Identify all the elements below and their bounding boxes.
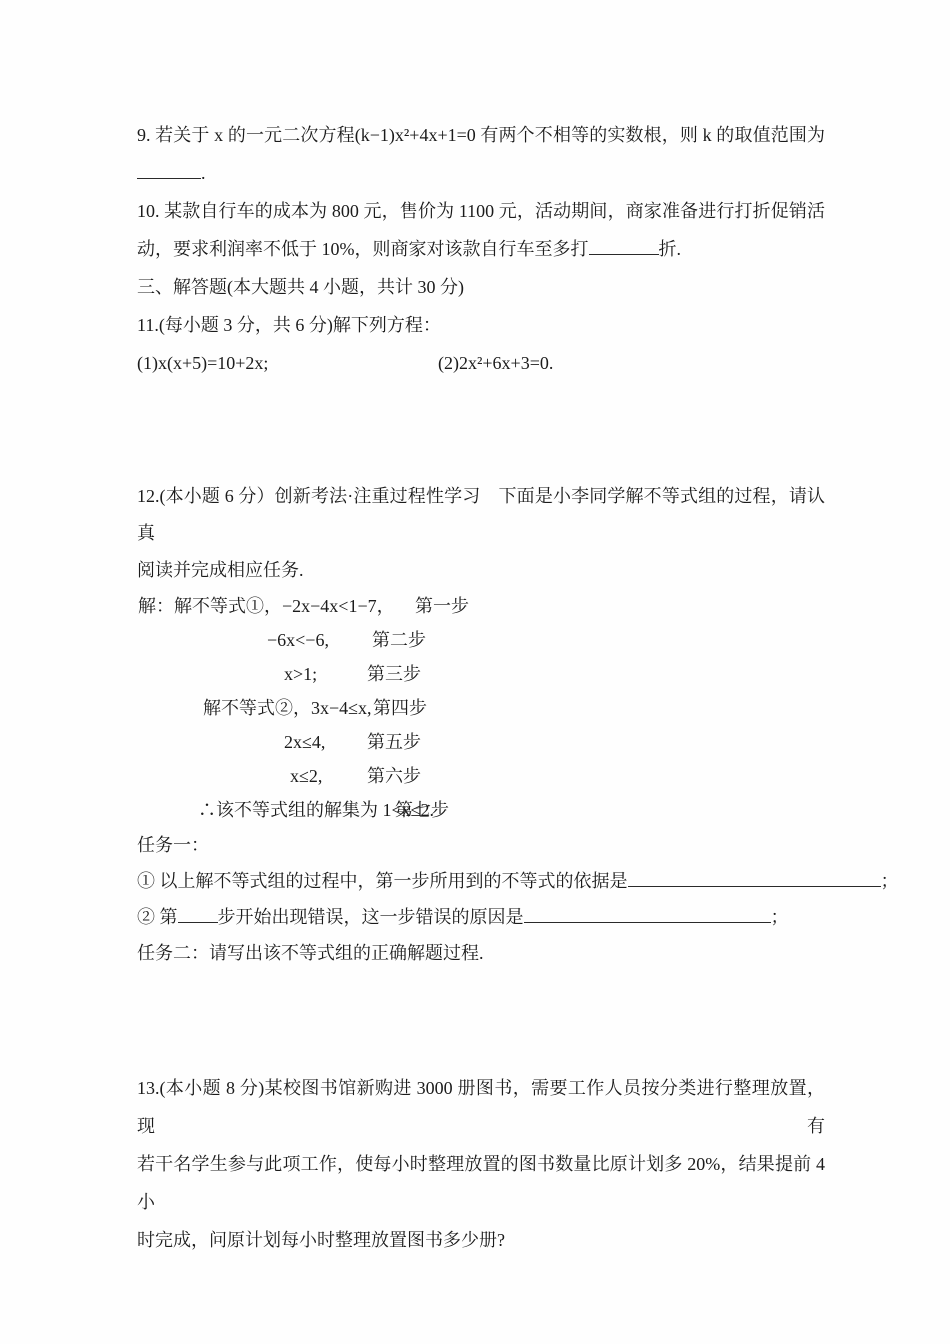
task-2-line: 任务二：请写出该不等式组的正确解题过程. [137,935,825,971]
solution-step-6: x≤2,第六步 [137,759,825,793]
question-10-line-2-text: 动，要求利润率不低于 10%，则商家对该款自行车至多打 [137,239,589,259]
answer-blank-step-number [178,905,218,923]
step-1-formula: 解：解不等式①，−2x−4x<1−7， [138,596,395,616]
step-1-label: 第一步 [415,589,469,623]
task-1-item-2-mid: 步开始出现错误，这一步错误的原因是 [218,907,524,927]
answer-blank-q10 [589,237,659,255]
question-12-line-2: 阅读并完成相应任务. [137,552,825,589]
question-13-line-3: 时完成，问原计划每小时整理放置图书多少册? [137,1221,825,1259]
question-9-line-1: 9. 若关于 x 的一元二次方程(k−1)x²+4x+1=0 有两个不相等的实数… [137,116,825,154]
answer-blank-basis [628,869,881,887]
step-2-label: 第二步 [372,623,426,657]
task-1-item-1-text: ① 以上解不等式组的过程中，第一步所用到的不等式的依据是 [137,871,628,891]
question-10-line-2-suffix: 折. [659,239,682,259]
solution-step-1: 解：解不等式①，−2x−4x<1−7，第一步 [137,589,825,623]
step-4-formula: 解不等式②，3x−4≤x, [203,698,372,718]
step-3-label: 第三步 [367,657,421,691]
task-1-item-1: ① 以上解不等式组的过程中，第一步所用到的不等式的依据是； [137,863,825,899]
step-5-formula: 2x≤4, [284,732,325,752]
question-9-answer-line: . [137,154,825,192]
question-11-stem: 11.(每小题 3 分，共 6 分)解下列方程： [137,306,825,344]
task-1-item-2-pre: ② 第 [137,907,178,927]
question-12-line-1: 12.(本小题 6 分）创新考法·注重过程性学习 下面是小李同学解不等式组的过程… [137,478,825,552]
solution-step-3: x>1;第三步 [137,657,825,691]
solution-step-5: 2x≤4,第五步 [137,725,825,759]
question-13-block: 13.(本小题 8 分)某校图书馆新购进 3000 册图书，需要工作人员按分类进… [137,1069,825,1259]
section-3-header: 三、解答题(本大题共 4 小题，共计 30 分) [137,268,825,306]
answer-blank-q9 [137,161,201,179]
task-1-item-2-suffix: ； [771,907,789,927]
question-10-line-1: 10. 某款自行车的成本为 800 元，售价为 1100 元，活动期间，商家准备… [137,192,825,230]
task-1-item-1-suffix: ； [881,871,899,891]
step-5-label: 第五步 [367,725,421,759]
tasks-block: 任务一： ① 以上解不等式组的过程中，第一步所用到的不等式的依据是； ② 第步开… [137,827,825,971]
step-2-formula: −6x<−6, [267,630,329,650]
question-10-line-2: 动，要求利润率不低于 10%，则商家对该款自行车至多打折. [137,230,825,268]
question-9-period: . [201,163,206,183]
exam-paper-page: 9. 若关于 x 的一元二次方程(k−1)x²+4x+1=0 有两个不相等的实数… [0,0,950,1344]
fill-in-questions-block: 9. 若关于 x 的一元二次方程(k−1)x²+4x+1=0 有两个不相等的实数… [137,116,825,382]
question-11-equation-1: (1)x(x+5)=10+2x; [137,353,268,373]
answer-blank-error-reason [524,905,771,923]
step-6-formula: x≤2, [290,766,322,786]
question-12-block: 12.(本小题 6 分）创新考法·注重过程性学习 下面是小李同学解不等式组的过程… [137,478,825,589]
step-7-label: 第七步 [395,793,449,827]
step-6-label: 第六步 [367,759,421,793]
task-1-item-2: ② 第步开始出现错误，这一步错误的原因是； [137,899,825,935]
question-11-equation-2: (2)2x²+6x+3=0. [438,344,553,382]
question-13-line-1: 13.(本小题 8 分)某校图书馆新购进 3000 册图书，需要工作人员按分类进… [137,1069,825,1145]
question-11-equations-line: (1)x(x+5)=10+2x;(2)2x²+6x+3=0. [137,344,825,382]
solution-step-7: ∴该不等式组的解集为 1<x≤2.第七步 [137,793,825,827]
solution-steps-block: 解：解不等式①，−2x−4x<1−7，第一步 −6x<−6,第二步 x>1;第三… [137,589,825,827]
step-3-formula: x>1; [284,664,317,684]
solution-step-2: −6x<−6,第二步 [137,623,825,657]
step-4-label: 第四步 [373,691,427,725]
solution-step-4: 解不等式②，3x−4≤x,第四步 [137,691,825,725]
question-13-line-2: 若干名学生参与此项工作，使每小时整理放置的图书数量比原计划多 20%，结果提前 … [137,1145,825,1221]
task-1-header: 任务一： [137,827,825,863]
